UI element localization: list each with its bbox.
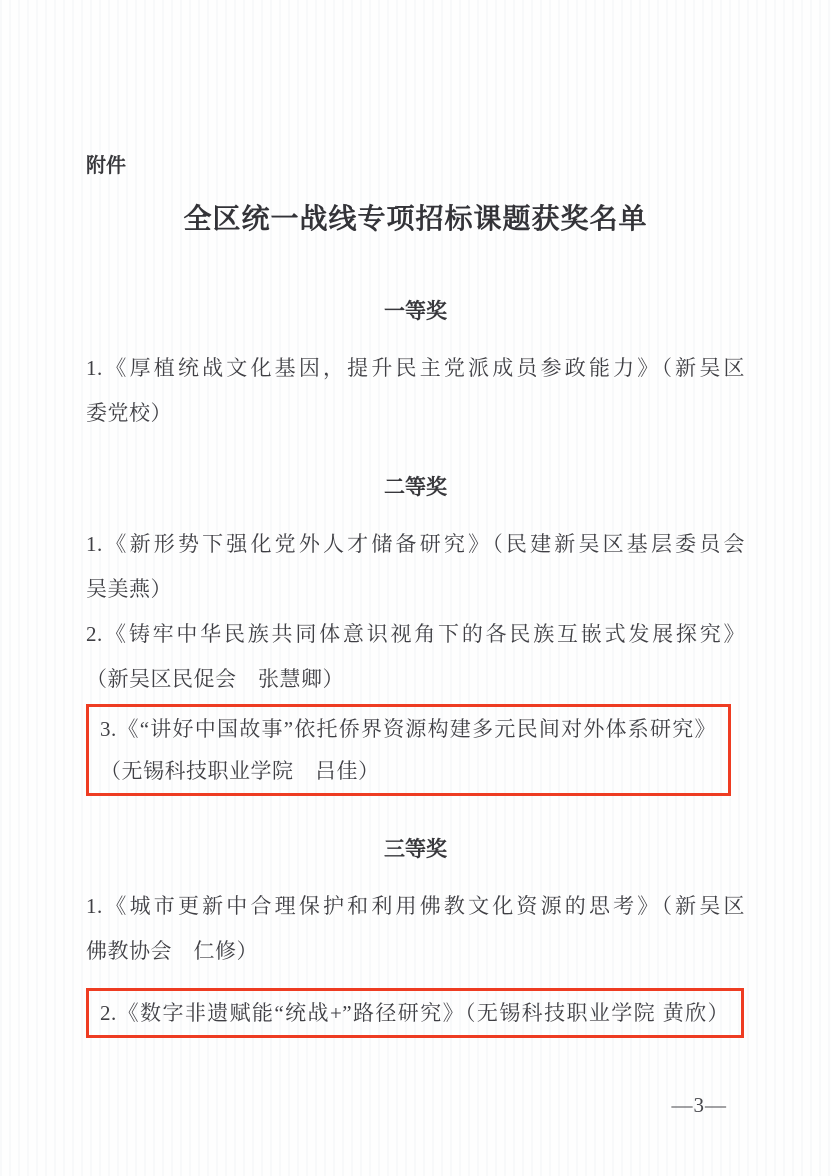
award-item: 2.《铸牢中华民族共同体意识视角下的各民族互嵌式发展探究》 （新吴区民促会 张慧… bbox=[86, 612, 745, 702]
award-item-line: 3.《“讲好中国故事”依托侨界资源构建多元民间对外体系研究》 bbox=[100, 708, 716, 750]
award-item-highlighted: 2.《数字非遗赋能“统战+”路径研究》（无锡科技职业学院 黄欣） bbox=[100, 992, 729, 1034]
document-page: 附件 全区统一战线专项招标课题获奖名单 一等奖 1.《厚植统战文化基因，提升民主… bbox=[0, 0, 831, 1176]
section-heading-third-prize: 三等奖 bbox=[86, 836, 745, 864]
page-number: —3— bbox=[86, 1090, 745, 1120]
document-title: 全区统一战线专项招标课题获奖名单 bbox=[86, 202, 745, 238]
award-item: 1.《城市更新中合理保护和利用佛教文化资源的思考》（新吴区 佛教协会 仁修） bbox=[86, 884, 745, 974]
award-item-line: （新吴区民促会 张慧卿） bbox=[86, 657, 745, 702]
award-item-line: 2.《铸牢中华民族共同体意识视角下的各民族互嵌式发展探究》 bbox=[86, 612, 745, 657]
section-heading-second-prize: 二等奖 bbox=[86, 474, 745, 502]
award-item-line: 1.《城市更新中合理保护和利用佛教文化资源的思考》（新吴区 bbox=[86, 884, 745, 929]
award-item-line: （无锡科技职业学院 吕佳） bbox=[100, 750, 716, 792]
award-item-highlighted: 3.《“讲好中国故事”依托侨界资源构建多元民间对外体系研究》 （无锡科技职业学院… bbox=[100, 708, 716, 792]
section-heading-first-prize: 一等奖 bbox=[86, 298, 745, 326]
award-item-line: 1.《新形势下强化党外人才储备研究》（民建新吴区基层委员会 bbox=[86, 522, 745, 567]
attachment-label: 附件 bbox=[86, 152, 745, 180]
award-item-line: 委党校） bbox=[86, 391, 745, 436]
highlight-box-third-prize-item-2: 2.《数字非遗赋能“统战+”路径研究》（无锡科技职业学院 黄欣） bbox=[86, 988, 744, 1038]
award-item-line: 1.《厚植统战文化基因，提升民主党派成员参政能力》（新吴区 bbox=[86, 346, 745, 391]
highlight-box-second-prize-item-3: 3.《“讲好中国故事”依托侨界资源构建多元民间对外体系研究》 （无锡科技职业学院… bbox=[86, 704, 731, 796]
award-item-line: 佛教协会 仁修） bbox=[86, 929, 745, 974]
award-item: 1.《新形势下强化党外人才储备研究》（民建新吴区基层委员会 吴美燕） bbox=[86, 522, 745, 612]
award-item: 1.《厚植统战文化基因，提升民主党派成员参政能力》（新吴区 委党校） bbox=[86, 346, 745, 436]
section-first-prize: 一等奖 1.《厚植统战文化基因，提升民主党派成员参政能力》（新吴区 委党校） bbox=[86, 298, 745, 436]
section-second-prize: 二等奖 1.《新形势下强化党外人才储备研究》（民建新吴区基层委员会 吴美燕） 2… bbox=[86, 474, 745, 796]
award-item-line: 2.《数字非遗赋能“统战+”路径研究》（无锡科技职业学院 黄欣） bbox=[100, 992, 729, 1034]
section-third-prize: 三等奖 1.《城市更新中合理保护和利用佛教文化资源的思考》（新吴区 佛教协会 仁… bbox=[86, 836, 745, 1038]
award-item-line: 吴美燕） bbox=[86, 567, 745, 612]
